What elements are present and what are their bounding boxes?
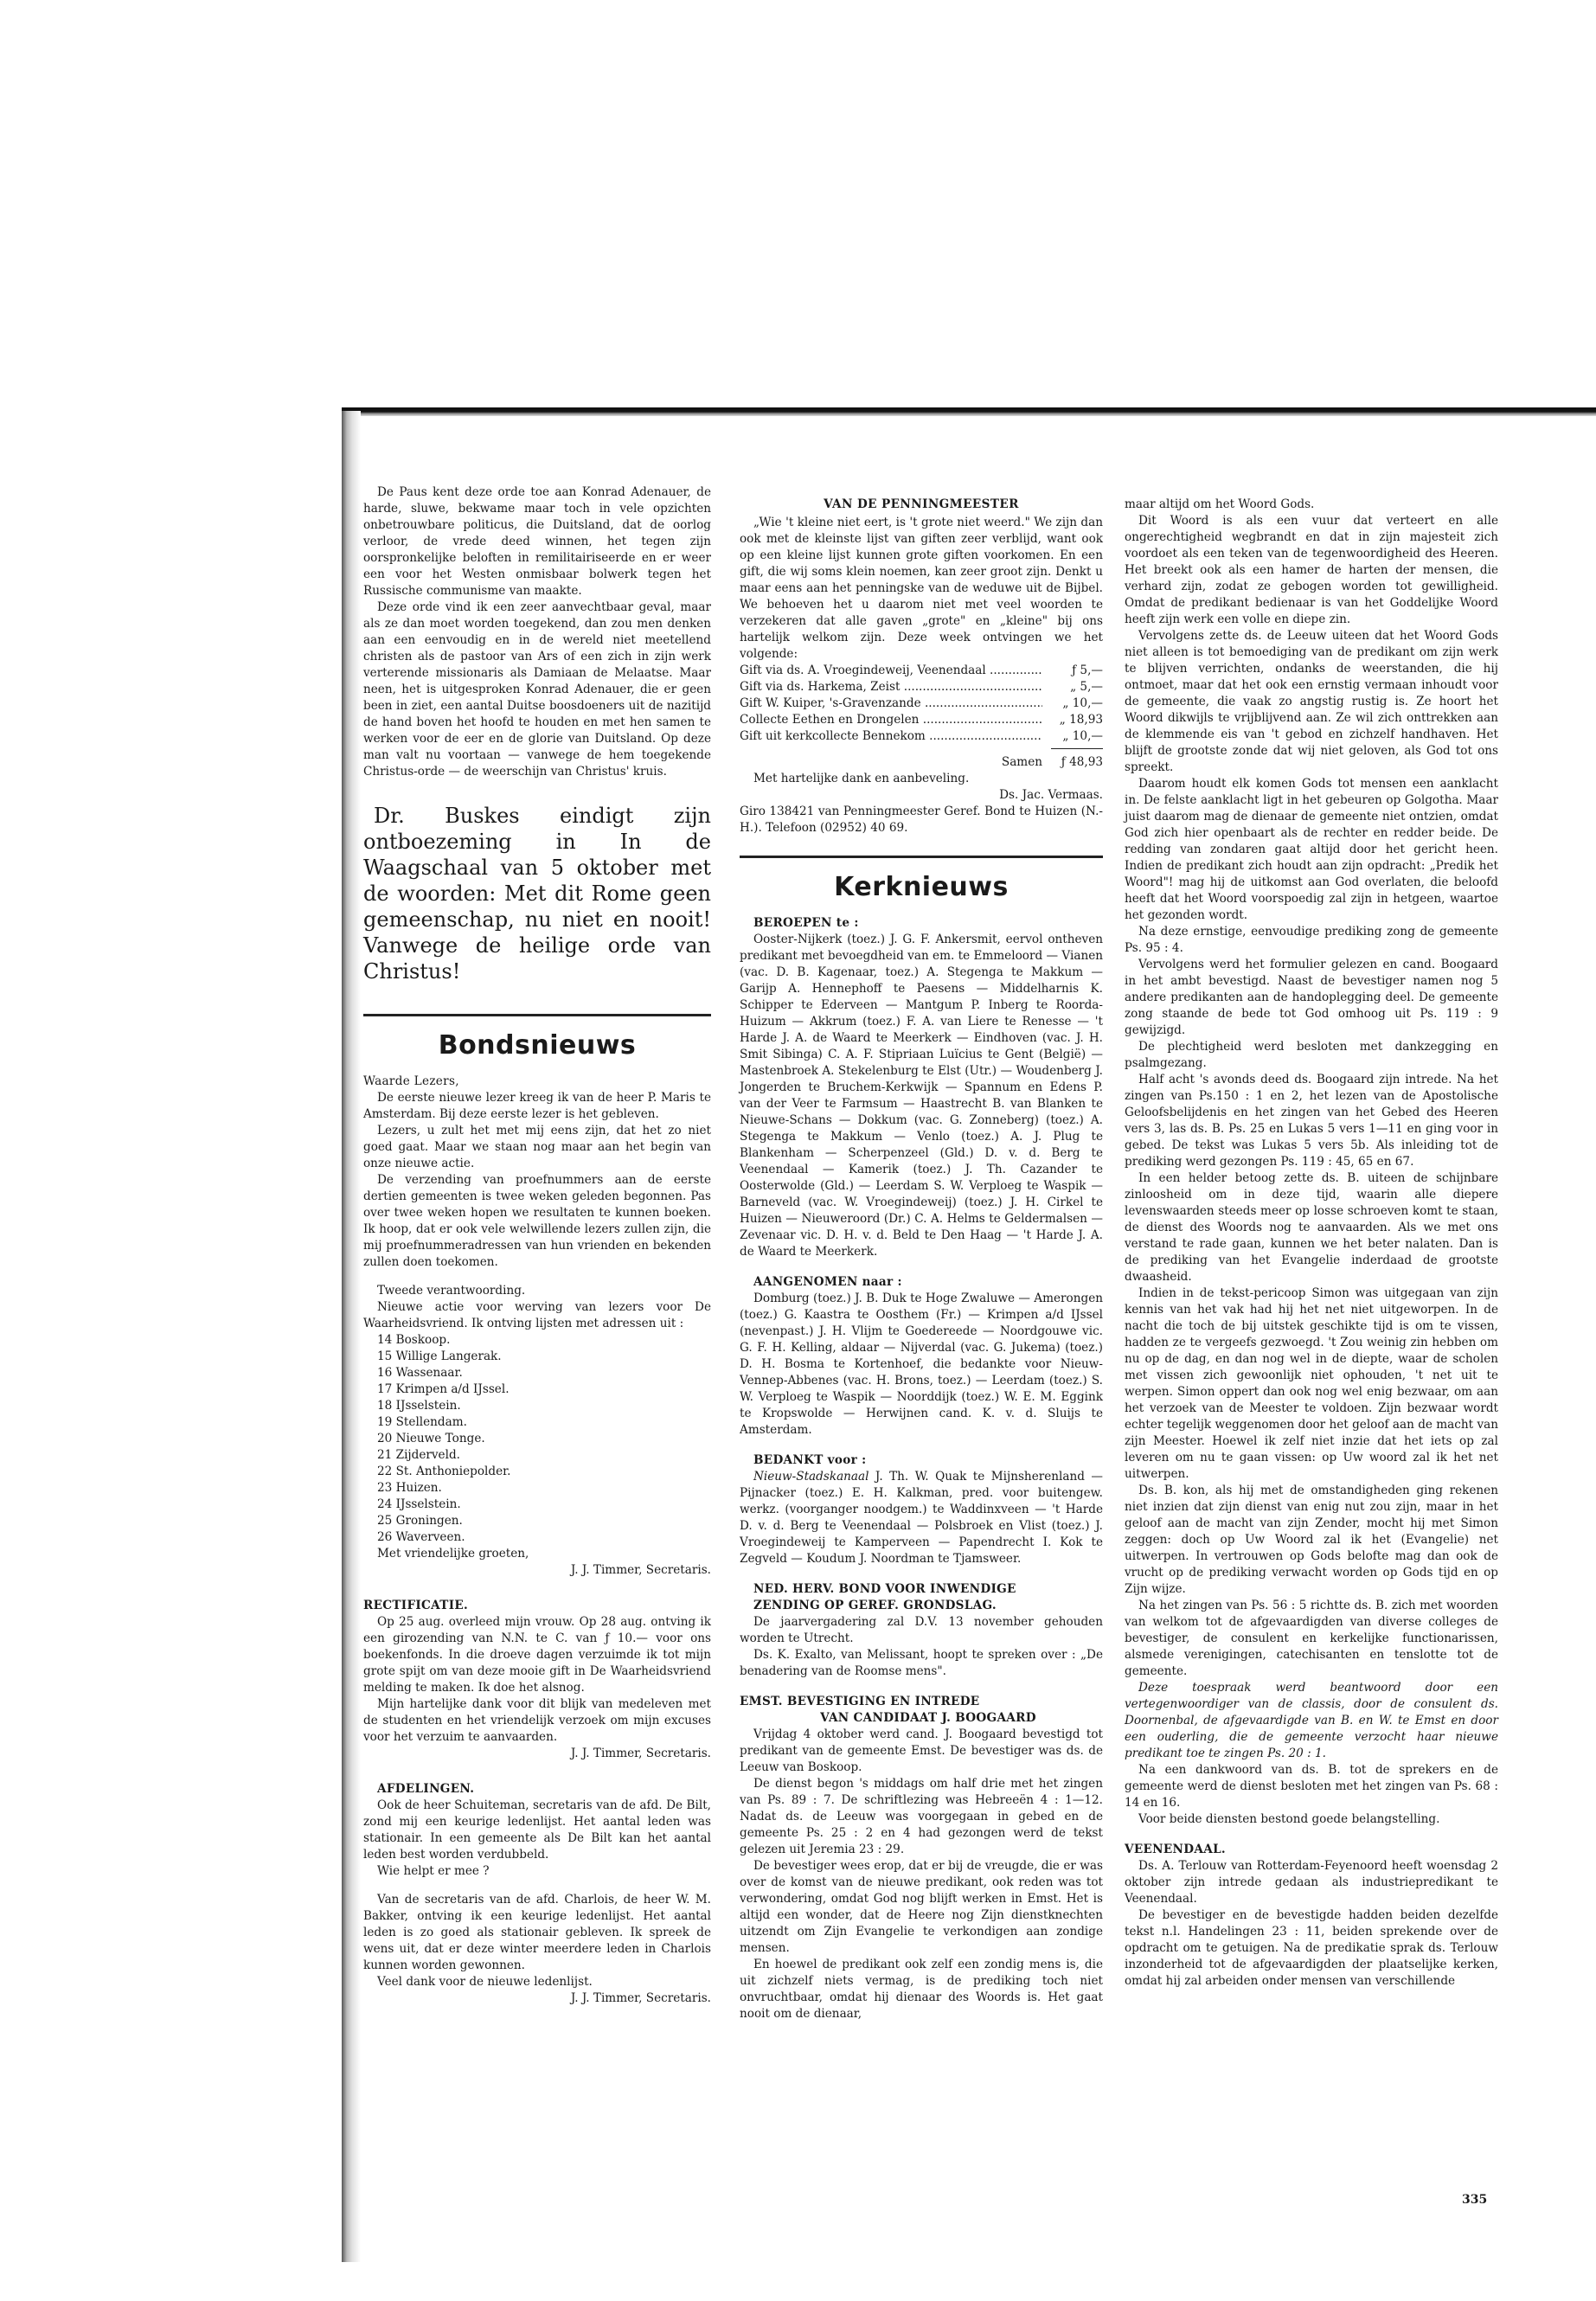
paragraph: De bevestiger en de bevestigde hadden be… xyxy=(1125,1907,1498,1990)
paragraph: Domburg (toez.) J. B. Duk te Hoge Zwaluw… xyxy=(740,1291,1103,1439)
paragraph: Nieuwe actie voor werving van lezers voo… xyxy=(363,1299,711,1332)
total-label: Samen xyxy=(1002,754,1042,771)
paragraph: En hoewel de predikant ook zelf een zond… xyxy=(740,1957,1103,2022)
paragraph: Van de secretaris van de afd. Charlois, … xyxy=(363,1892,711,1974)
paragraph: De jaarvergadering zal D.V. 13 november … xyxy=(740,1614,1103,1647)
list-item: 24 IJsselstein. xyxy=(363,1497,711,1513)
list-item: 22 St. Anthoniepolder. xyxy=(363,1464,711,1480)
paragraph: Ds. B. kon, als hij met de omstandighede… xyxy=(1125,1483,1498,1598)
list-item: 20 Nieuwe Tonge. xyxy=(363,1431,711,1447)
paragraph: Dit Woord is als een vuur dat verteert e… xyxy=(1125,513,1498,628)
heading-penningmeester: VAN DE PENNINGMEESTER xyxy=(740,497,1103,513)
gift-row: Gift W. Kuiper, 's-Gravenzande „ 10,— xyxy=(740,695,1103,712)
paragraph: Na deze ernstige, eenvoudige prediking z… xyxy=(1125,924,1498,957)
subheading-bond-line2: ZENDING OP GEREF. GRONDSLAG. xyxy=(740,1598,1103,1614)
paragraph: Deze toespraak werd beantwoord door een … xyxy=(1125,1680,1498,1762)
paragraph: Op 25 aug. overleed mijn vrouw. Op 28 au… xyxy=(363,1614,711,1696)
list-item: 26 Waverveen. xyxy=(363,1529,711,1546)
list-item: 21 Zijderveld. xyxy=(363,1447,711,1464)
signature: J. J. Timmer, Secretaris. xyxy=(363,1562,711,1579)
subheading-verantwoording: Tweede verantwoording. xyxy=(363,1283,711,1299)
paragraph: In een helder betoog zette ds. B. uiteen… xyxy=(1125,1170,1498,1285)
gift-amount: „ 18,93 xyxy=(1042,712,1103,728)
total-divider xyxy=(1051,748,1103,749)
page-number: 335 xyxy=(1462,2193,1487,2207)
subheading-bedankt: BEDANKT voor : xyxy=(740,1452,1103,1469)
column-left: De Paus kent deze orde toe aan Konrad Ad… xyxy=(363,484,711,2007)
subheading-emst-line2: VAN CANDIDAAT J. BOOGAARD xyxy=(740,1710,1103,1727)
section-divider xyxy=(740,856,1103,858)
paragraph: Na het zingen van Ps. 56 : 5 richtte ds.… xyxy=(1125,1598,1498,1680)
list-item: 15 Willige Langerak. xyxy=(363,1349,711,1365)
paragraph: Vrijdag 4 oktober werd cand. J. Boogaard… xyxy=(740,1727,1103,1776)
signature: Ds. Jac. Vermaas. xyxy=(740,787,1103,804)
gift-description: Collecte Eethen en Drongelen xyxy=(740,712,1042,728)
paragraph: Na een dankwoord van ds. B. tot de sprek… xyxy=(1125,1762,1498,1811)
gift-amount: „ 10,— xyxy=(1042,728,1103,745)
bedankt-text: J. Th. W. Quak te Mijnsherenland — Pijna… xyxy=(740,1470,1103,1566)
places-list: 14 Boskoop. 15 Willige Langerak. 16 Wass… xyxy=(363,1332,711,1546)
total-amount: ƒ 48,93 xyxy=(1042,754,1103,771)
paragraph: maar altijd om het Woord Gods. xyxy=(1125,497,1498,513)
paragraph: Veel dank voor de nieuwe ledenlijst. xyxy=(363,1974,711,1990)
scan-left-edge-shadow xyxy=(342,411,361,2262)
column-middle: VAN DE PENNINGMEESTER „Wie 't kleine nie… xyxy=(740,484,1103,2022)
gift-amount: „ 10,— xyxy=(1042,695,1103,712)
total-row: Samen ƒ 48,93 xyxy=(740,754,1103,771)
list-item: 19 Stellendam. xyxy=(363,1414,711,1431)
paragraph: De Paus kent deze orde toe aan Konrad Ad… xyxy=(363,484,711,599)
gift-description: Gift via ds. Harkema, Zeist xyxy=(740,679,1042,695)
paragraph: De dienst begon 's middags om half drie … xyxy=(740,1776,1103,1858)
section-divider xyxy=(363,1014,711,1016)
paragraph: De plechtigheid werd besloten met dankze… xyxy=(1125,1039,1498,1072)
gift-row: Gift via ds. Harkema, Zeist „ 5,— xyxy=(740,679,1103,695)
paragraph: Ooster-Nijkerk (toez.) J. G. F. Ankersmi… xyxy=(740,932,1103,1260)
paragraph: Wie helpt er mee ? xyxy=(363,1863,711,1880)
column-right: maar altijd om het Woord Gods. Dit Woord… xyxy=(1125,484,1498,1990)
paragraph: Half acht 's avonds deed ds. Boogaard zi… xyxy=(1125,1072,1498,1170)
gift-amount: „ 5,— xyxy=(1042,679,1103,695)
paragraph: Voor beide diensten bestond goede belang… xyxy=(1125,1811,1498,1828)
paragraph: De eerste nieuwe lezer kreeg ik van de h… xyxy=(363,1090,711,1123)
bedankt-lead: Nieuw-Stadskanaal xyxy=(753,1470,869,1484)
buskes-quote: Dr. Buskes eindigt zijn ontboezeming in … xyxy=(363,803,711,984)
gift-row: Collecte Eethen en Drongelen „ 18,93 xyxy=(740,712,1103,728)
salutation: Waarde Lezers, xyxy=(363,1074,711,1090)
scan-top-border xyxy=(342,407,1596,416)
gift-description: Gift uit kerkcollecte Bennekom xyxy=(740,728,1042,745)
paragraph: Indien in de tekst-pericoop Simon was ui… xyxy=(1125,1285,1498,1483)
list-item: 25 Groningen. xyxy=(363,1513,711,1529)
gifts-table: Gift via ds. A. Vroegindeweij, Veenendaa… xyxy=(740,663,1103,771)
list-item: 14 Boskoop. xyxy=(363,1332,711,1349)
gift-row: Gift uit kerkcollecte Bennekom „ 10,— xyxy=(740,728,1103,745)
subheading-rectificatie: RECTIFICATIE. xyxy=(363,1598,711,1614)
list-item: 17 Krimpen a/d IJssel. xyxy=(363,1381,711,1398)
subheading-emst-line1: EMST. BEVESTIGING EN INTREDE xyxy=(740,1694,1103,1710)
gift-description: Gift W. Kuiper, 's-Gravenzande xyxy=(740,695,1042,712)
section-title-bondsnieuws: Bondsnieuws xyxy=(363,1029,711,1063)
paragraph: Ook de heer Schuiteman, secretaris van d… xyxy=(363,1798,711,1863)
paragraph: De verzending van proefnummers aan de ee… xyxy=(363,1172,711,1271)
gift-description: Gift via ds. A. Vroegindeweij, Veenendaa… xyxy=(740,663,1042,679)
list-item: 23 Huizen. xyxy=(363,1480,711,1497)
subheading-bond-line1: NED. HERV. BOND VOOR INWENDIGE xyxy=(740,1581,1103,1598)
paragraph: Lezers, u zult het met mij eens zijn, da… xyxy=(363,1123,711,1172)
subheading-afdelingen: AFDELINGEN. xyxy=(363,1781,711,1798)
subheading-beroepen: BEROEPEN te : xyxy=(740,915,1103,932)
signature: J. J. Timmer, Secretaris. xyxy=(363,1990,711,2007)
subheading-veenendaal: VEENENDAAL. xyxy=(1125,1842,1498,1858)
section-title-kerknieuws: Kerknieuws xyxy=(740,870,1103,905)
paragraph: Deze orde vind ik een zeer aanvechtbaar … xyxy=(363,599,711,780)
gift-row: Gift via ds. A. Vroegindeweij, Veenendaa… xyxy=(740,663,1103,679)
closing: Met vriendelijke groeten, xyxy=(363,1546,711,1562)
giro-info: Giro 138421 van Penningmeester Geref. Bo… xyxy=(740,804,1103,836)
list-item: 16 Wassenaar. xyxy=(363,1365,711,1381)
paragraph: De bevestiger wees erop, dat er bij de v… xyxy=(740,1858,1103,1957)
paragraph: Mijn hartelijke dank voor dit blijk van … xyxy=(363,1696,711,1746)
paragraph: Ds. K. Exalto, van Melissant, hoopt te s… xyxy=(740,1647,1103,1680)
paragraph: Daarom houdt elk komen Gods tot mensen e… xyxy=(1125,776,1498,924)
paragraph: Vervolgens werd het formulier gelezen en… xyxy=(1125,957,1498,1039)
paragraph: Ds. A. Terlouw van Rotterdam-Feyenoord h… xyxy=(1125,1858,1498,1907)
thanks: Met hartelijke dank en aanbeveling. xyxy=(740,771,1103,787)
paragraph: Nieuw-Stadskanaal J. Th. W. Quak te Mijn… xyxy=(740,1469,1103,1567)
paragraph: „Wie 't kleine niet eert, is 't grote ni… xyxy=(740,515,1103,663)
paragraph: Vervolgens zette ds. de Leeuw uiteen dat… xyxy=(1125,628,1498,776)
subheading-aangenomen: AANGENOMEN naar : xyxy=(740,1274,1103,1291)
gift-amount: ƒ 5,— xyxy=(1042,663,1103,679)
signature: J. J. Timmer, Secretaris. xyxy=(363,1746,711,1762)
list-item: 18 IJsselstein. xyxy=(363,1398,711,1414)
